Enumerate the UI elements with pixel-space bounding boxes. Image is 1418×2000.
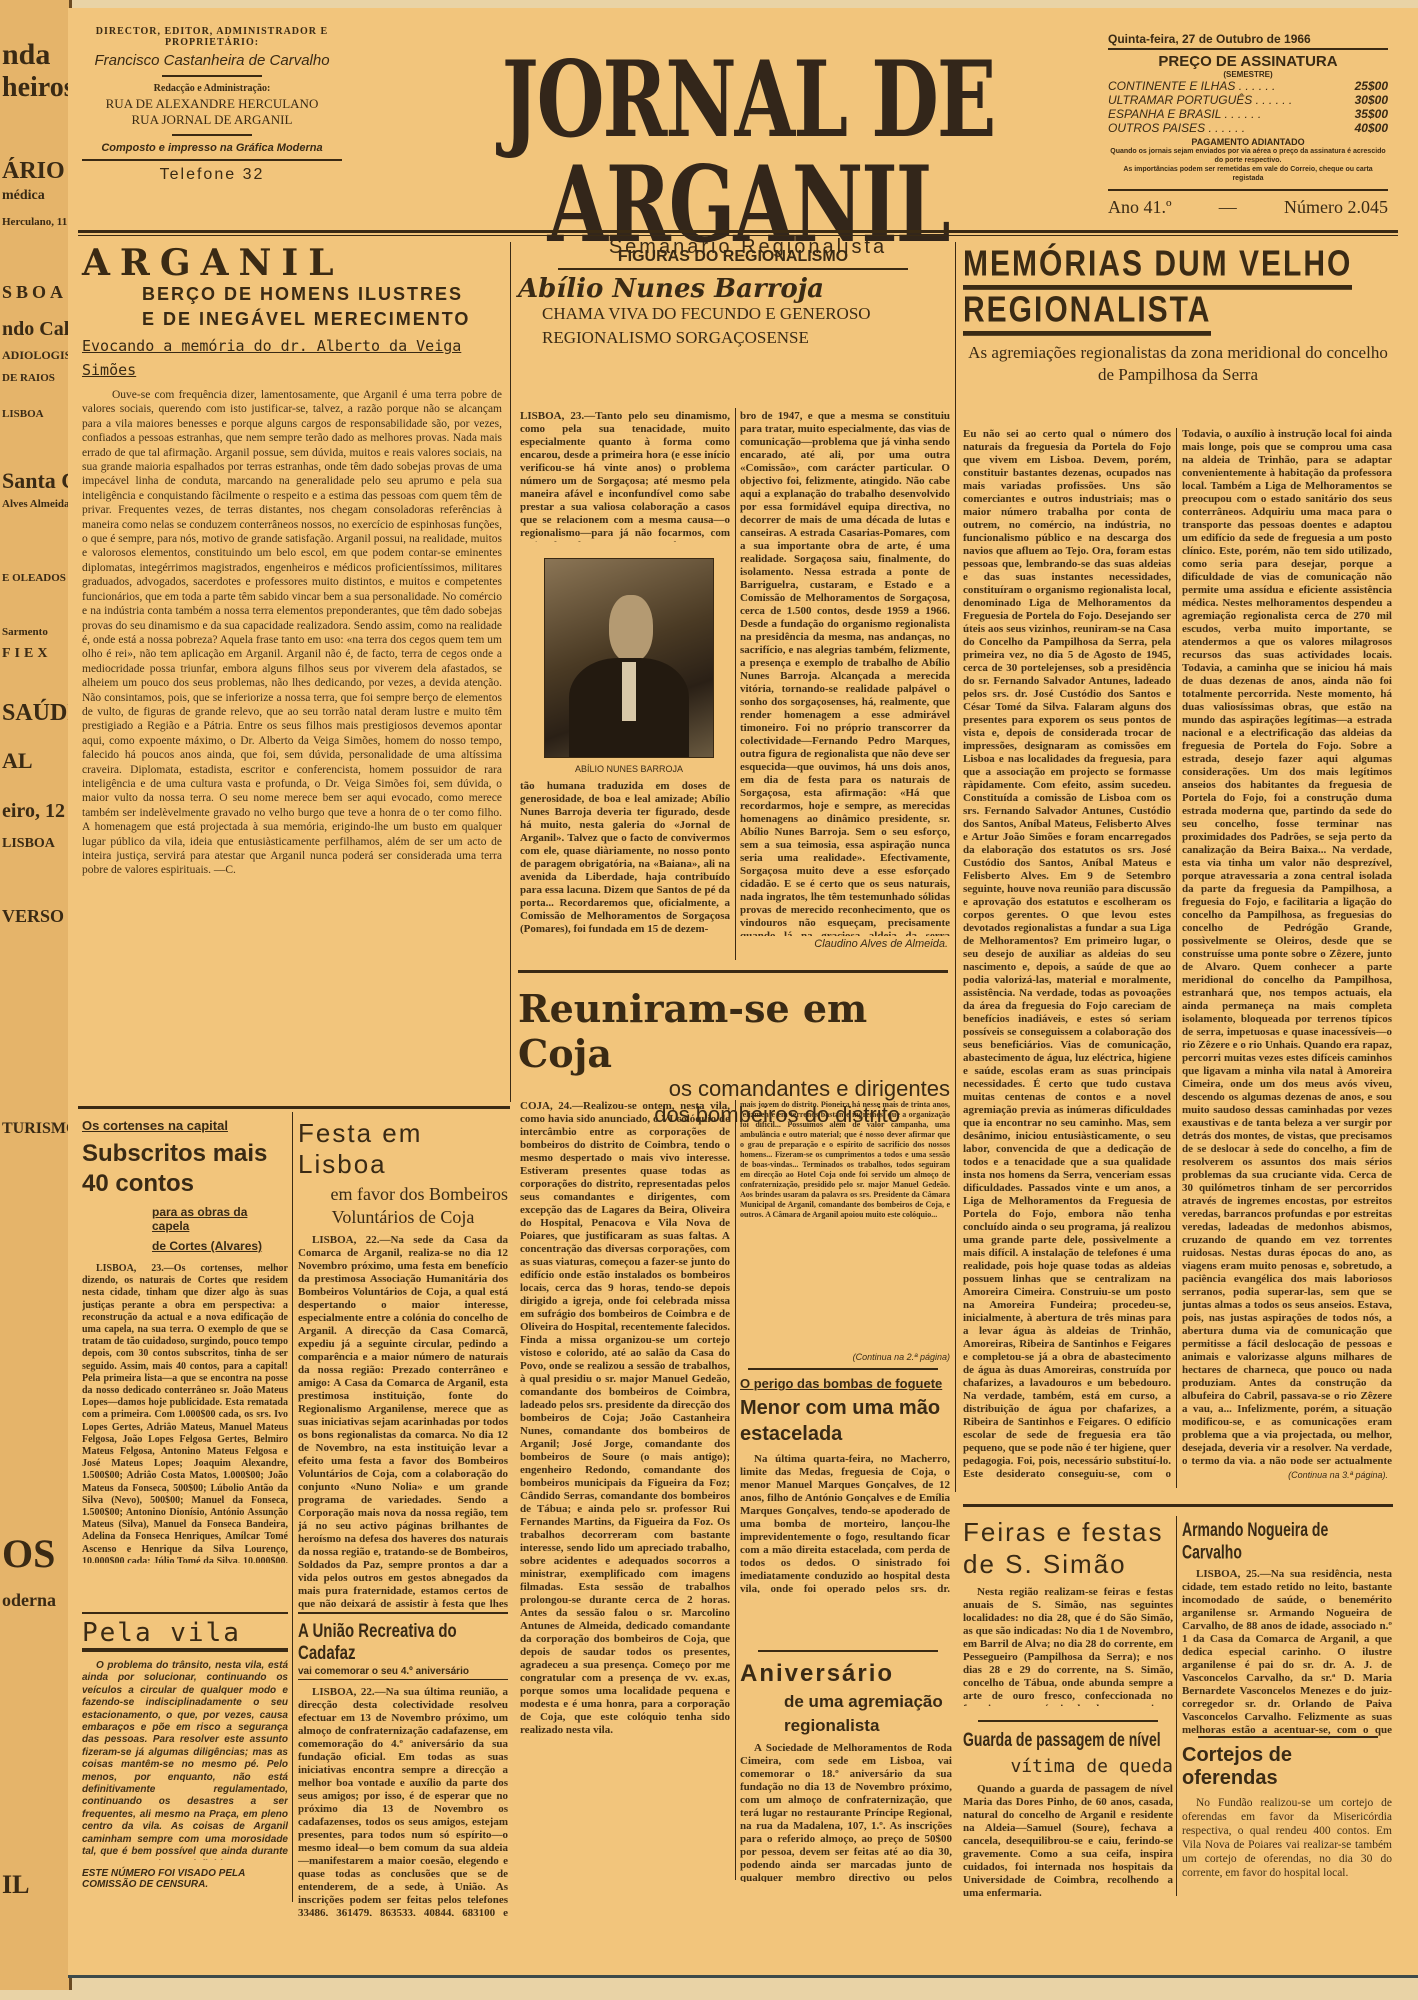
article-deck: As agremiações regionalistas da zona mer… [963, 342, 1393, 386]
binding-fragment: TURISMO [2, 1120, 72, 1138]
phone-line: Telefone 32 [82, 166, 342, 184]
binding-fragment: E OLEADOS [2, 572, 66, 584]
article-cortejos: Cortejos de oferendas No Fundão realizou… [1182, 1744, 1392, 1916]
article-body-col2: bro de 1947, e que a mesma se constituiu… [740, 410, 950, 936]
binding-fragment: FIEX [2, 646, 51, 662]
printer-line: Composto e impresso na Gráfica Moderna [82, 142, 342, 154]
article-headline: Menor com uma mão estacelada [740, 1395, 950, 1447]
article-headline: Cortejos de oferendas [1182, 1744, 1392, 1790]
address-line-2: RUA JORNAL DE ARGANIL [82, 112, 342, 128]
subscription-rate-row: CONTINENTE E ILHAS . . . . . .25$00 [1108, 79, 1388, 93]
article-deck: vai comemorar o seu 4.º aniversário [298, 1666, 508, 1680]
issue-number: Número 2.045 [1284, 197, 1388, 218]
article-deck-line-1: os comandantes e dirigentes [518, 1076, 950, 1102]
subscription-rates: CONTINENTE E ILHAS . . . . . .25$00ULTRA… [1108, 79, 1388, 135]
article-deck-line-1: em favor dos Bombeiros [298, 1184, 508, 1205]
profile-name: Abílio Nunes Barroja [518, 274, 948, 304]
article-headline-line-1: CHAMA VIVA DO FECUNDO E GENEROSO [542, 304, 948, 324]
article-body-col1: COJA, 24.—Realizou-se ontem, nesta vila,… [520, 1100, 730, 1880]
article-body: Quando a guarda de passagem de nível Mar… [963, 1783, 1173, 1903]
photo-caption: ABÍLIO NUNES BARROJA [544, 764, 714, 774]
article-kicker: Os cortenses na capital [82, 1118, 288, 1133]
binding-fragment: SAÚDE [2, 700, 72, 727]
article-deck: Evocando a memória do dr. Alberto da Vei… [82, 334, 502, 382]
article-headline: A União Recreativa do Cadafaz [298, 1620, 508, 1664]
article-body: LISBOA, 22.—Na sua última reunião, a dir… [298, 1686, 508, 1916]
article-uniao: A União Recreativa do Cadafaz vai comemo… [298, 1620, 508, 1916]
article-body: O problema do trânsito, nesta vila, está… [82, 1660, 288, 1860]
rate-region: OUTROS PAISES . . . . . . [1108, 121, 1245, 135]
binding-fragment: DE RAIOS [2, 372, 55, 384]
article-figuras: FIGURAS DO REGIONALISMO Abílio Nunes Bar… [518, 248, 948, 348]
article-deck-line-1: para as obras da capela [152, 1205, 288, 1233]
article-headline: Reuniram-se em Coja [518, 986, 950, 1076]
binding-fragment: Sarmento [2, 626, 48, 638]
article-body-col2: Todavia, o auxílio à instrução local foi… [1182, 428, 1392, 1464]
article-guarda: Guarda de passagem de nível vítima de qu… [963, 1728, 1173, 1903]
binding-fragment: SBOA [2, 282, 67, 303]
binding-fragment: LISBOA [2, 836, 55, 852]
rate-price: 25$00 [1355, 79, 1388, 93]
binding-fragment: Alves Almeida [2, 498, 70, 510]
article-headline: Aniversário [740, 1660, 952, 1688]
rate-price: 35$00 [1355, 107, 1388, 121]
article-cortenses: Os cortenses na capital Subscritos mais … [82, 1118, 288, 1563]
issue-date: Quinta-feira, 27 de Outubro de 1966 [1108, 32, 1388, 50]
binding-fragment: LISBOA [2, 408, 44, 420]
article-headline: Festa em Lisboa [298, 1118, 508, 1180]
article-deck-line-1: de uma agremiação [784, 1692, 952, 1712]
article-author: Claudino Alves de Almeida. [758, 938, 948, 950]
section-label: FIGURAS DO REGIONALISMO [558, 248, 908, 270]
binding-fragment: ADIOLOGISTA [2, 348, 72, 363]
rate-region: ESPANHA E BRASIL . . . . . . [1108, 107, 1261, 121]
staff-label: DIRECTOR, EDITOR, ADMINISTRADOR E PROPRI… [82, 26, 342, 48]
binding-fragment: OS [2, 1530, 55, 1577]
article-body: LISBOA, 25.—Na sua residência, nesta cid… [1182, 1568, 1392, 1738]
binding-fragment: ÁRIO DIAS [2, 158, 72, 185]
article-headline-line-2: REGIONALISMO SORGAÇOSENSE [542, 328, 948, 348]
subscription-rate-row: ESPANHA E BRASIL . . . . . .35$00 [1108, 107, 1388, 121]
binding-fragment: IL [2, 1870, 29, 1900]
article-headline: Pela vila [82, 1618, 288, 1652]
article-headline: Armando Nogueira de Carvalho [1182, 1518, 1392, 1563]
rate-region: CONTINENTE E ILHAS . . . . . . [1108, 79, 1275, 93]
subscription-title: PREÇO DE ASSINATURA [1108, 53, 1388, 70]
article-deck-line-2: Voluntários de Coja [298, 1207, 508, 1228]
adjacent-page-binding: nda heiros ÁRIO DIAS médica Herculano, 1… [0, 0, 72, 1990]
portrait-photo [544, 558, 714, 758]
article-pela-vila: Pela vila O problema do trânsito, nesta … [82, 1618, 288, 1890]
binding-fragment: eiro, 12 [2, 800, 65, 823]
article-deck: vítima de queda [963, 1756, 1173, 1777]
article-deck-line-2: de Cortes (Alvares) [152, 1239, 288, 1253]
article-body: LISBOA, 23.—Os cortenses, melhor dizendo… [82, 1263, 288, 1563]
article-body-col1: LISBOA, 23.—Tanto pelo seu dinamismo, co… [520, 410, 730, 542]
continued-note: (Continua na 3.ª página). [1188, 1470, 1388, 1480]
binding-fragment: Santa Cruz [2, 468, 72, 494]
remittance-note: As importâncias podem ser remetidas em v… [1108, 165, 1388, 183]
article-festa: Festa em Lisboa em favor dos Bombeiros V… [298, 1118, 508, 1614]
rate-price: 40$00 [1355, 121, 1388, 135]
continued-note: (Continua na 2.ª página) [740, 1352, 950, 1362]
article-headline-line-1: MEMÓRIAS DUM VELHO [963, 244, 1352, 290]
article-headline-line-2: REGIONALISTA [963, 290, 1211, 336]
airmail-note: Quando os jornais sejam enviados por via… [1108, 147, 1388, 165]
article-headline-line-1: BERÇO DE HOMENS ILUSTRES [142, 284, 502, 305]
payment-terms: PAGAMENTO ADIANTADO [1108, 137, 1388, 147]
article-body: No Fundão realizou-se um cortejo de ofer… [1182, 1796, 1392, 1916]
masthead-staff-box: DIRECTOR, EDITOR, ADMINISTRADOR E PROPRI… [82, 26, 342, 184]
binding-fragment: VERSO [2, 906, 64, 927]
binding-fragment: ndo Caldeira [2, 318, 72, 341]
article-deck-line-2: regionalista [784, 1716, 952, 1736]
newspaper-title: JORNAL DE ARGANIL [368, 48, 1128, 259]
article-body: A Sociedade de Melhoramentos de Roda Cim… [740, 1742, 952, 1882]
owner-name: Francisco Castanheira de Carvalho [82, 52, 342, 69]
office-label: Redacção e Administração: [82, 83, 342, 94]
article-body: LISBOA, 22.—Na sede da Casa da Comarca d… [298, 1234, 508, 1614]
article-body-col1: Eu não sei ao certo qual o número dos na… [963, 428, 1171, 1480]
article-headline: Guarda de passagem de nível [963, 1728, 1173, 1750]
article-headline-line-1: Feiras e festas [963, 1516, 1173, 1548]
address-line-1: RUA DE ALEXANDRE HERCULANO [82, 96, 342, 112]
article-body: Ouve-se com frequência dizer, lamentosam… [82, 388, 502, 1068]
article-kicker: ARGANIL [82, 242, 502, 284]
article-armando: Armando Nogueira de Carvalho LISBOA, 25.… [1182, 1518, 1392, 1738]
article-headline-line-2: E DE INEGÁVEL MERECIMENTO [142, 309, 502, 330]
subscription-rate-row: OUTROS PAISES . . . . . .40$00 [1108, 121, 1388, 135]
masthead-info-box: Quinta-feira, 27 de Outubro de 1966 PREÇ… [1108, 32, 1388, 218]
year-number: Ano 41.º [1108, 197, 1172, 218]
article-body-col2: mais jovem do distrito. Pioneira há ness… [740, 1100, 950, 1348]
binding-fragment: oderna [2, 1590, 56, 1611]
article-headline: Subscritos mais 40 contos [82, 1139, 288, 1199]
masthead-title-block: JORNAL DE ARGANIL Semanário Regionalista [368, 48, 1128, 259]
article-body-col1b: tão humana traduzida em doses de generos… [520, 780, 730, 956]
binding-fragment: AL [2, 748, 33, 774]
article-menor: O perigo das bombas de foguete Menor com… [740, 1376, 950, 1593]
subscription-period: (SEMESTRE) [1108, 70, 1388, 79]
article-kicker: O perigo das bombas de foguete [740, 1376, 950, 1391]
binding-fragment: médica [2, 188, 45, 204]
newspaper-page: DIRECTOR, EDITOR, ADMINISTRADOR E PROPRI… [68, 8, 1418, 1978]
censorship-note: ESTE NÚMERO FOI VISADO PELA COMISSÃO DE … [82, 1868, 288, 1890]
article-body: Nesta região realizam-se feiras e festas… [963, 1586, 1173, 1706]
article-headline-line-2: de S. Simão [963, 1548, 1173, 1580]
binding-fragment: heiros [2, 72, 72, 104]
binding-fragment: nda [2, 38, 50, 72]
subscription-rate-row: ULTRAMAR PORTUGUÊS . . . . . .30$00 [1108, 93, 1388, 107]
rate-price: 30$00 [1355, 93, 1388, 107]
article-body: Na última quarta-feira, no Macherro, lim… [740, 1453, 950, 1593]
rate-region: ULTRAMAR PORTUGUÊS . . . . . . [1108, 93, 1292, 107]
article-arganil: ARGANIL BERÇO DE HOMENS ILUSTRES E DE IN… [82, 242, 502, 1068]
binding-fragment: Herculano, 11 [2, 216, 67, 228]
article-memorias: MEMÓRIAS DUM VELHO REGIONALISTA As agrem… [963, 248, 1393, 386]
article-feiras: Feiras e festas de S. Simão Nesta região… [963, 1516, 1173, 1706]
article-aniversario: Aniversário de uma agremiação regionalis… [740, 1660, 952, 1882]
